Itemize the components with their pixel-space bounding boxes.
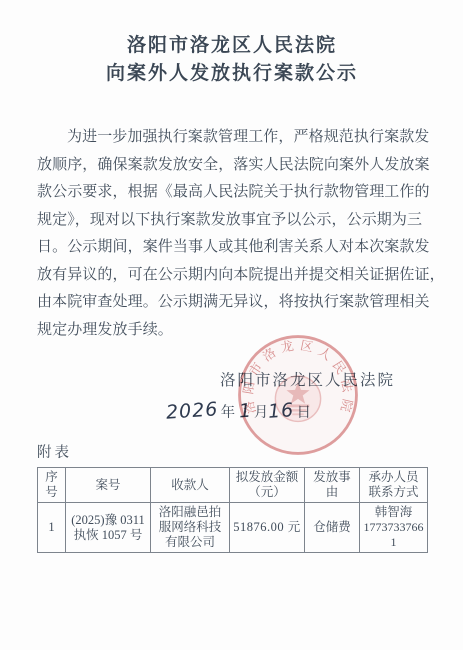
signature-block: 洛阳市洛龙区人民法院 2026年 1月16日 洛阳市洛龙区人民法院: [37, 370, 427, 426]
body-line: 为进一步加强执行案款管理工作，严格规范执行案款发: [37, 124, 427, 152]
payout-table: 序号 案号 收款人 拟发放金额（元） 发放事由 承办人员联系方式 1 (2025…: [37, 467, 428, 553]
title-line-2: 向案外人发放执行案款公示: [37, 60, 427, 88]
cell-contact: 韩智海 17737337661: [360, 503, 428, 553]
cell-reason: 仓储费: [305, 503, 360, 553]
cell-amount: 51876.00 元: [230, 503, 305, 553]
contact-name: 韩智海: [363, 505, 424, 520]
header-contact: 承办人员联系方式: [360, 468, 428, 503]
handwritten-year: 2026: [165, 396, 219, 426]
cell-seq: 1: [38, 503, 66, 553]
title-line-1: 洛阳市洛龙区人民法院: [37, 32, 427, 60]
header-amount: 拟发放金额（元）: [230, 468, 305, 503]
header-reason: 发放事由: [305, 468, 360, 503]
body-line: 放顺序，确保案款发放安全，落实人民法院向案外人发放案: [37, 152, 427, 180]
notice-body: 为进一步加强执行案款管理工作，严格规范执行案款发 放顺序，确保案款发放安全，落实…: [37, 124, 427, 344]
signature-date: 2026年 1月16日: [37, 398, 427, 426]
table-header-row: 序号 案号 收款人 拟发放金额（元） 发放事由 承办人员联系方式: [38, 468, 428, 503]
cell-case-no: (2025)豫 0311 执恢 1057 号: [66, 503, 151, 553]
attachment-label: 附表: [37, 441, 427, 462]
body-line: 款公示要求，根据《最高人民法院关于执行款物管理工作的: [37, 179, 427, 207]
body-line: 规定》，现对以下执行案款发放事宜予以公示，公示期为三: [37, 207, 427, 235]
table-row: 1 (2025)豫 0311 执恢 1057 号 洛阳融邑拍服网络科技有限公司 …: [38, 503, 428, 553]
body-line: 放有异议的，可在公示期内向本院提出并提交相关证据佐证，: [37, 262, 427, 290]
header-case-no: 案号: [66, 468, 151, 503]
handwritten-month: 1: [238, 398, 253, 425]
notice-document: 洛阳市洛龙区人民法院 向案外人发放执行案款公示 为进一步加强执行案款管理工作，严…: [0, 0, 463, 650]
signature-court-name: 洛阳市洛龙区人民法院: [37, 370, 427, 392]
year-label: 年: [221, 405, 236, 421]
cell-payee: 洛阳融邑拍服网络科技有限公司: [151, 503, 230, 553]
document-title: 洛阳市洛龙区人民法院 向案外人发放执行案款公示: [37, 32, 427, 88]
handwritten-day: 16: [267, 397, 295, 425]
body-line: 规定办理发放手续。: [37, 317, 427, 345]
body-line: 由本院审查处理。公示期满无异议，将按执行案款管理相关: [37, 289, 427, 317]
day-label: 日: [297, 405, 312, 421]
body-line: 日。公示期间，案件当事人或其他利害关系人对本次案款发: [37, 234, 427, 262]
header-payee: 收款人: [151, 468, 230, 503]
contact-phone: 17737337661: [363, 520, 424, 550]
month-label: 月: [254, 405, 269, 421]
header-seq: 序号: [38, 468, 66, 503]
